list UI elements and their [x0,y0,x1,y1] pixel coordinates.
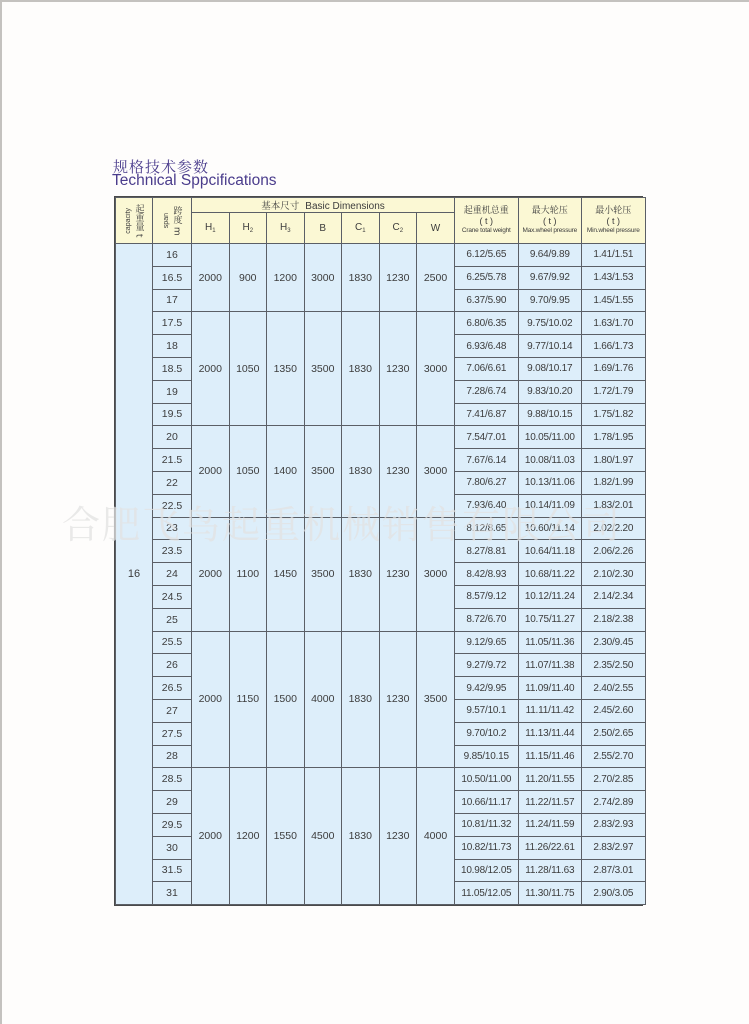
dim-cell-c1: 1830 [342,312,380,426]
weight-cell: 9.85/10.15 [455,745,519,768]
dim-cell-h2: 900 [229,244,267,312]
dim-cell-h3: 1500 [267,631,305,768]
max-cell: 10.14/11.09 [518,494,582,517]
title-english: Technical Sppcifications [112,172,277,190]
min-cell: 2.50/2.65 [582,722,646,745]
min-cell: 1.63/1.70 [582,312,646,335]
dim-cell-c2: 1230 [379,768,417,905]
header-dim-w: W [417,213,455,244]
table-row: 25.520001150150040001830123035009.12/9.6… [116,631,646,654]
min-cell: 2.87/3.01 [582,859,646,882]
weight-cell: 8.57/9.12 [455,585,519,608]
span-cell: 18 [153,335,192,358]
weight-cell: 8.12/8.65 [455,517,519,540]
span-cell: 22 [153,471,192,494]
span-cell: 23 [153,517,192,540]
dim-cell-h2: 1100 [229,517,267,631]
min-cell: 1.41/1.51 [582,244,646,267]
min-cell: 2.02/2.20 [582,517,646,540]
span-cell: 31.5 [153,859,192,882]
weight-cell: 7.54/7.01 [455,426,519,449]
min-cell: 1.75/1.82 [582,403,646,426]
min-cell: 2.06/2.26 [582,540,646,563]
span-cell: 26.5 [153,677,192,700]
weight-cell: 6.93/6.48 [455,335,519,358]
span-cell: 17.5 [153,312,192,335]
header-weight-unit: ( t ) [455,217,518,226]
dim-cell-c1: 1830 [342,768,380,905]
weight-cell: 6.25/5.78 [455,266,519,289]
max-cell: 10.60/11.14 [518,517,582,540]
dim-cell-h3: 1450 [267,517,305,631]
dim-cell-h2: 1150 [229,631,267,768]
max-cell: 9.70/9.95 [518,289,582,312]
max-cell: 10.68/11.22 [518,563,582,586]
max-cell: 9.08/10.17 [518,357,582,380]
header-dim-subscript: 1 [212,228,215,234]
header-basic-dimensions: 基本尺寸Basic Dimensions [192,198,455,213]
header-dim-subscript: 2 [250,228,253,234]
max-cell: 10.75/11.27 [518,608,582,631]
header-capacity: capacity 起重量 t [116,198,153,244]
weight-cell: 7.93/6.40 [455,494,519,517]
header-capacity-en: capacity [125,208,133,234]
dim-cell-c2: 1230 [379,631,417,768]
span-cell: 22.5 [153,494,192,517]
min-cell: 2.55/2.70 [582,745,646,768]
dim-cell-h1: 2000 [192,244,230,312]
dim-cell-w: 3000 [417,426,455,517]
dim-cell-c2: 1230 [379,312,417,426]
weight-cell: 7.67/6.14 [455,449,519,472]
max-cell: 10.12/11.24 [518,585,582,608]
dim-cell-h2: 1200 [229,768,267,905]
span-cell: 27.5 [153,722,192,745]
span-cell: 29.5 [153,813,192,836]
max-cell: 10.13/11.06 [518,471,582,494]
dim-cell-h3: 1200 [267,244,305,312]
min-cell: 2.70/2.85 [582,768,646,791]
max-cell: 9.77/10.14 [518,335,582,358]
span-cell: 23.5 [153,540,192,563]
dim-cell-b: 3000 [304,244,342,312]
max-cell: 9.64/9.89 [518,244,582,267]
min-cell: 2.74/2.89 [582,791,646,814]
min-cell: 2.40/2.55 [582,677,646,700]
weight-cell: 9.70/10.2 [455,722,519,745]
dim-cell-c2: 1230 [379,244,417,312]
max-cell: 9.88/10.15 [518,403,582,426]
span-cell: 27 [153,699,192,722]
span-cell: 31 [153,882,192,905]
weight-cell: 7.41/6.87 [455,403,519,426]
weight-cell: 8.72/6.70 [455,608,519,631]
dim-cell-c1: 1830 [342,517,380,631]
min-cell: 1.43/1.53 [582,266,646,289]
weight-cell: 8.27/8.81 [455,540,519,563]
dim-cell-h1: 2000 [192,312,230,426]
weight-cell: 7.06/6.61 [455,357,519,380]
span-cell: 28.5 [153,768,192,791]
dim-cell-b: 3500 [304,312,342,426]
header-min-pressure: 最小轮压 ( t ) Min.wheel pressure [582,198,646,244]
header-basic-cn: 基本尺寸 [261,201,299,212]
min-cell: 2.83/2.93 [582,813,646,836]
max-cell: 11.15/11.46 [518,745,582,768]
weight-cell: 9.42/9.95 [455,677,519,700]
dim-cell-b: 3500 [304,517,342,631]
dim-cell-c1: 1830 [342,426,380,517]
dim-cell-b: 3500 [304,426,342,517]
span-cell: 29 [153,791,192,814]
header-span: span 跨度 m [153,198,192,244]
weight-cell: 9.27/9.72 [455,654,519,677]
dim-cell-h1: 2000 [192,517,230,631]
header-max-unit: ( t ) [519,217,582,226]
dim-cell-h1: 2000 [192,631,230,768]
span-cell: 19.5 [153,403,192,426]
header-min-unit: ( t ) [582,217,645,226]
min-cell: 2.30/9.45 [582,631,646,654]
header-capacity-cn: 起重量 t [134,204,144,237]
span-cell: 26 [153,654,192,677]
weight-cell: 6.12/5.65 [455,244,519,267]
weight-cell: 7.28/6.74 [455,380,519,403]
weight-cell: 6.37/5.90 [455,289,519,312]
dim-cell-h2: 1050 [229,426,267,517]
dim-cell-w: 2500 [417,244,455,312]
header-dim-label: B [319,223,326,234]
header-dim-label: W [431,223,440,234]
header-span-en: span [163,213,171,228]
span-cell: 24 [153,563,192,586]
min-cell: 2.35/2.50 [582,654,646,677]
max-cell: 11.26/22.61 [518,836,582,859]
dim-cell-w: 4000 [417,768,455,905]
dim-cell-b: 4000 [304,631,342,768]
min-cell: 1.83/2.01 [582,494,646,517]
weight-cell: 8.42/8.93 [455,563,519,586]
span-cell: 30 [153,836,192,859]
dim-cell-c2: 1230 [379,517,417,631]
header-span-cn: 跨度 m [172,206,182,236]
max-cell: 11.24/11.59 [518,813,582,836]
max-cell: 10.64/11.18 [518,540,582,563]
min-cell: 2.18/2.38 [582,608,646,631]
header-dim-label: H [242,222,249,233]
header-weight-cn: 起重机总重 [455,206,518,217]
header-min-cn: 最小轮压 [582,206,645,217]
min-cell: 1.66/1.73 [582,335,646,358]
header-max-pressure: 最大轮压 ( t ) Max.wheel pressure [518,198,582,244]
span-cell: 16 [153,244,192,267]
span-cell: 17 [153,289,192,312]
weight-cell: 9.12/9.65 [455,631,519,654]
max-cell: 9.75/10.02 [518,312,582,335]
dim-cell-h3: 1550 [267,768,305,905]
max-cell: 10.05/11.00 [518,426,582,449]
max-cell: 11.07/11.38 [518,654,582,677]
max-cell: 11.28/11.63 [518,859,582,882]
dim-cell-w: 3500 [417,631,455,768]
table-row: 28.5200012001550450018301230400010.50/11… [116,768,646,791]
page-frame-left [0,0,2,1024]
max-cell: 11.11/11.42 [518,699,582,722]
weight-cell: 10.82/11.73 [455,836,519,859]
header-max-en: Max.wheel pressure [519,226,582,236]
header-dim-c1: C1 [342,213,380,244]
header-max-cn: 最大轮压 [519,206,582,217]
min-cell: 1.78/1.95 [582,426,646,449]
max-cell: 11.05/11.36 [518,631,582,654]
max-cell: 11.30/11.75 [518,882,582,905]
max-cell: 11.22/11.57 [518,791,582,814]
min-cell: 2.45/2.60 [582,699,646,722]
span-cell: 24.5 [153,585,192,608]
min-cell: 2.90/3.05 [582,882,646,905]
table-row: 2020001050140035001830123030007.54/7.011… [116,426,646,449]
min-cell: 2.14/2.34 [582,585,646,608]
span-cell: 16.5 [153,266,192,289]
dim-cell-h1: 2000 [192,426,230,517]
min-cell: 2.83/2.97 [582,836,646,859]
weight-cell: 11.05/12.05 [455,882,519,905]
table-row: 17.520001050135035001830123030006.80/6.3… [116,312,646,335]
header-dim-c2: C2 [379,213,417,244]
header-dim-h3: H3 [267,213,305,244]
min-cell: 1.72/1.79 [582,380,646,403]
weight-cell: 6.80/6.35 [455,312,519,335]
min-cell: 1.45/1.55 [582,289,646,312]
min-cell: 1.82/1.99 [582,471,646,494]
header-basic-en: Basic Dimensions [305,201,384,212]
header-dim-h1: H1 [192,213,230,244]
spec-table: capacity 起重量 t span 跨度 m 基本尺寸Basic Dimen… [115,197,646,905]
header-dim-subscript: 3 [287,228,290,234]
weight-cell: 10.98/12.05 [455,859,519,882]
weight-cell: 10.66/11.17 [455,791,519,814]
max-cell: 9.67/9.92 [518,266,582,289]
min-cell: 1.69/1.76 [582,357,646,380]
max-cell: 11.09/11.40 [518,677,582,700]
dim-cell-w: 3000 [417,517,455,631]
weight-cell: 10.50/11.00 [455,768,519,791]
capacity-cell: 16 [116,244,153,905]
span-cell: 21.5 [153,449,192,472]
dim-cell-w: 3000 [417,312,455,426]
dim-cell-c2: 1230 [379,426,417,517]
span-cell: 25.5 [153,631,192,654]
header-min-en: Min.wheel pressure [582,226,645,236]
span-cell: 19 [153,380,192,403]
table-row: 16162000900120030001830123025006.12/5.65… [116,244,646,267]
header-dim-label: C [392,222,399,233]
header-weight-en: Crane total weight [455,226,518,236]
page-frame-top [0,0,749,2]
dim-cell-c1: 1830 [342,631,380,768]
min-cell: 2.10/2.30 [582,563,646,586]
max-cell: 10.08/11.03 [518,449,582,472]
span-cell: 18.5 [153,357,192,380]
span-cell: 20 [153,426,192,449]
header-dim-subscript: 1 [362,228,365,234]
dim-cell-h1: 2000 [192,768,230,905]
span-cell: 25 [153,608,192,631]
max-cell: 9.83/10.20 [518,380,582,403]
header-dim-subscript: 2 [400,228,403,234]
weight-cell: 10.81/11.32 [455,813,519,836]
dim-cell-h3: 1350 [267,312,305,426]
span-cell: 28 [153,745,192,768]
dim-cell-b: 4500 [304,768,342,905]
min-cell: 1.80/1.97 [582,449,646,472]
weight-cell: 7.80/6.27 [455,471,519,494]
table-row: 2320001100145035001830123030008.12/8.651… [116,517,646,540]
weight-cell: 9.57/10.1 [455,699,519,722]
dim-cell-c1: 1830 [342,244,380,312]
header-dim-h2: H2 [229,213,267,244]
max-cell: 11.20/11.55 [518,768,582,791]
spec-table-container: capacity 起重量 t span 跨度 m 基本尺寸Basic Dimen… [114,196,643,906]
max-cell: 11.13/11.44 [518,722,582,745]
dim-cell-h3: 1400 [267,426,305,517]
header-weight: 起重机总重 ( t ) Crane total weight [455,198,519,244]
dim-cell-h2: 1050 [229,312,267,426]
header-dim-b: B [304,213,342,244]
